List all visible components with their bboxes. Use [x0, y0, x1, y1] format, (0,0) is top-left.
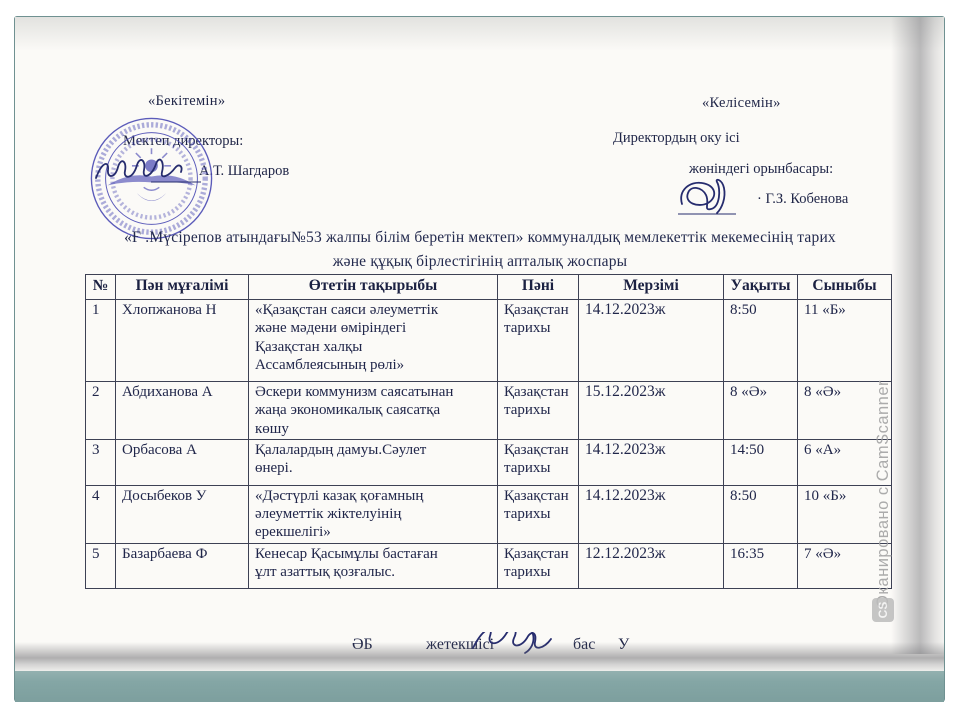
column-header-date: Мерзімі — [579, 275, 724, 300]
table-row: 4 Досыбеков У «Дәстүрлі казақ қоғамның ә… — [86, 485, 892, 543]
cell-topic: Әскери коммунизм саясатынан жаңа экономи… — [249, 382, 498, 440]
column-header-teacher: Пән мұғалімі — [116, 275, 249, 300]
cell-topic: «Қазақстан саяси әлеуметтік және мәдени … — [249, 300, 498, 382]
camscanner-badge-icon: CS — [872, 598, 894, 622]
cell-date: 15.12.2023ж — [579, 382, 724, 440]
cell-number: 1 — [86, 300, 116, 382]
cell-teacher: Абдиханова А — [116, 382, 249, 440]
cell-date: 14.12.2023ж — [579, 439, 724, 485]
approval-right-name: · Г.З. Кобенова — [757, 191, 848, 208]
cell-subject: Қазақстан тарихы — [498, 485, 579, 543]
table-row: 1 Хлопжанова Н «Қазақстан саяси әлеуметт… — [86, 300, 892, 382]
footer-cutoff-line: ӘБ жетекшісі бас У — [330, 632, 660, 654]
cell-number: 5 — [86, 543, 116, 588]
column-header-class: Сыныбы — [798, 275, 892, 300]
footer-fragment-right: бас — [573, 636, 595, 654]
cell-subject: Қазақстан тарихы — [498, 382, 579, 440]
director-signature — [93, 152, 205, 190]
cell-subject: Қазақстан тарихы — [498, 300, 579, 382]
cell-topic: «Дәстүрлі казақ қоғамның әлеуметтік жікт… — [249, 485, 498, 543]
cell-date: 14.12.2023ж — [579, 300, 724, 382]
cell-teacher: Досыбеков У — [116, 485, 249, 543]
cell-topic: Қалалардың дамуы.Сәулет өнері. — [249, 439, 498, 485]
approval-right-role-line1: Директордың оку ісі — [613, 130, 740, 147]
table-row: 5 Базарбаева Ф Кенесар Қасымұлы бастаған… — [86, 543, 892, 588]
cell-date: 14.12.2023ж — [579, 485, 724, 543]
table-row: 3 Орбасова А Қалалардың дамуы.Сәулет өне… — [86, 439, 892, 485]
footer-signature — [468, 632, 568, 654]
cell-subject: Қазақстан тарихы — [498, 543, 579, 588]
column-header-number: № — [86, 275, 116, 300]
document-title-line2: және құқық бірлестігінің апталық жоспары — [30, 253, 930, 271]
cell-time: 8:50 — [724, 485, 798, 543]
cell-number: 4 — [86, 485, 116, 543]
cell-subject: Қазақстан тарихы — [498, 439, 579, 485]
cell-number: 3 — [86, 439, 116, 485]
document-title-line1: «Ғ .Мүсірепов атындағы№53 жалпы білім бе… — [30, 229, 930, 247]
cell-topic: Кенесар Қасымұлы бастаған ұлт азаттық қо… — [249, 543, 498, 588]
footer-fragment-end: У — [618, 636, 629, 654]
footer-fragment-left: ӘБ — [352, 636, 373, 654]
slide-canvas: «Бекітемін» Мектеп директоры: А.Т. Шагда… — [0, 0, 960, 720]
approval-right-quote: «Келісемін» — [702, 95, 781, 112]
approval-left-quote: «Бекітемін» — [148, 93, 225, 110]
camscanner-watermark-text: Оканировано с CamScanner — [874, 308, 893, 608]
table-header-row: № Пән мұғалімі Өтетін тақырыбы Пәні Мерз… — [86, 275, 892, 300]
cell-date: 12.12.2023ж — [579, 543, 724, 588]
slide-footer-band — [15, 671, 944, 702]
column-header-topic: Өтетін тақырыбы — [249, 275, 498, 300]
column-header-subject: Пәні — [498, 275, 579, 300]
cell-teacher: Хлопжанова Н — [116, 300, 249, 382]
cell-time: 14:50 — [724, 439, 798, 485]
cell-time: 8:50 — [724, 300, 798, 382]
cell-teacher: Базарбаева Ф — [116, 543, 249, 588]
deputy-signature — [676, 176, 756, 218]
weekly-plan-table: № Пән мұғалімі Өтетін тақырыбы Пәні Мерз… — [85, 274, 892, 589]
column-header-time: Уақыты — [724, 275, 798, 300]
cell-teacher: Орбасова А — [116, 439, 249, 485]
cell-number: 2 — [86, 382, 116, 440]
cell-time: 16:35 — [724, 543, 798, 588]
cell-time: 8 «Ә» — [724, 382, 798, 440]
table-row: 2 Абдиханова А Әскери коммунизм саясатын… — [86, 382, 892, 440]
